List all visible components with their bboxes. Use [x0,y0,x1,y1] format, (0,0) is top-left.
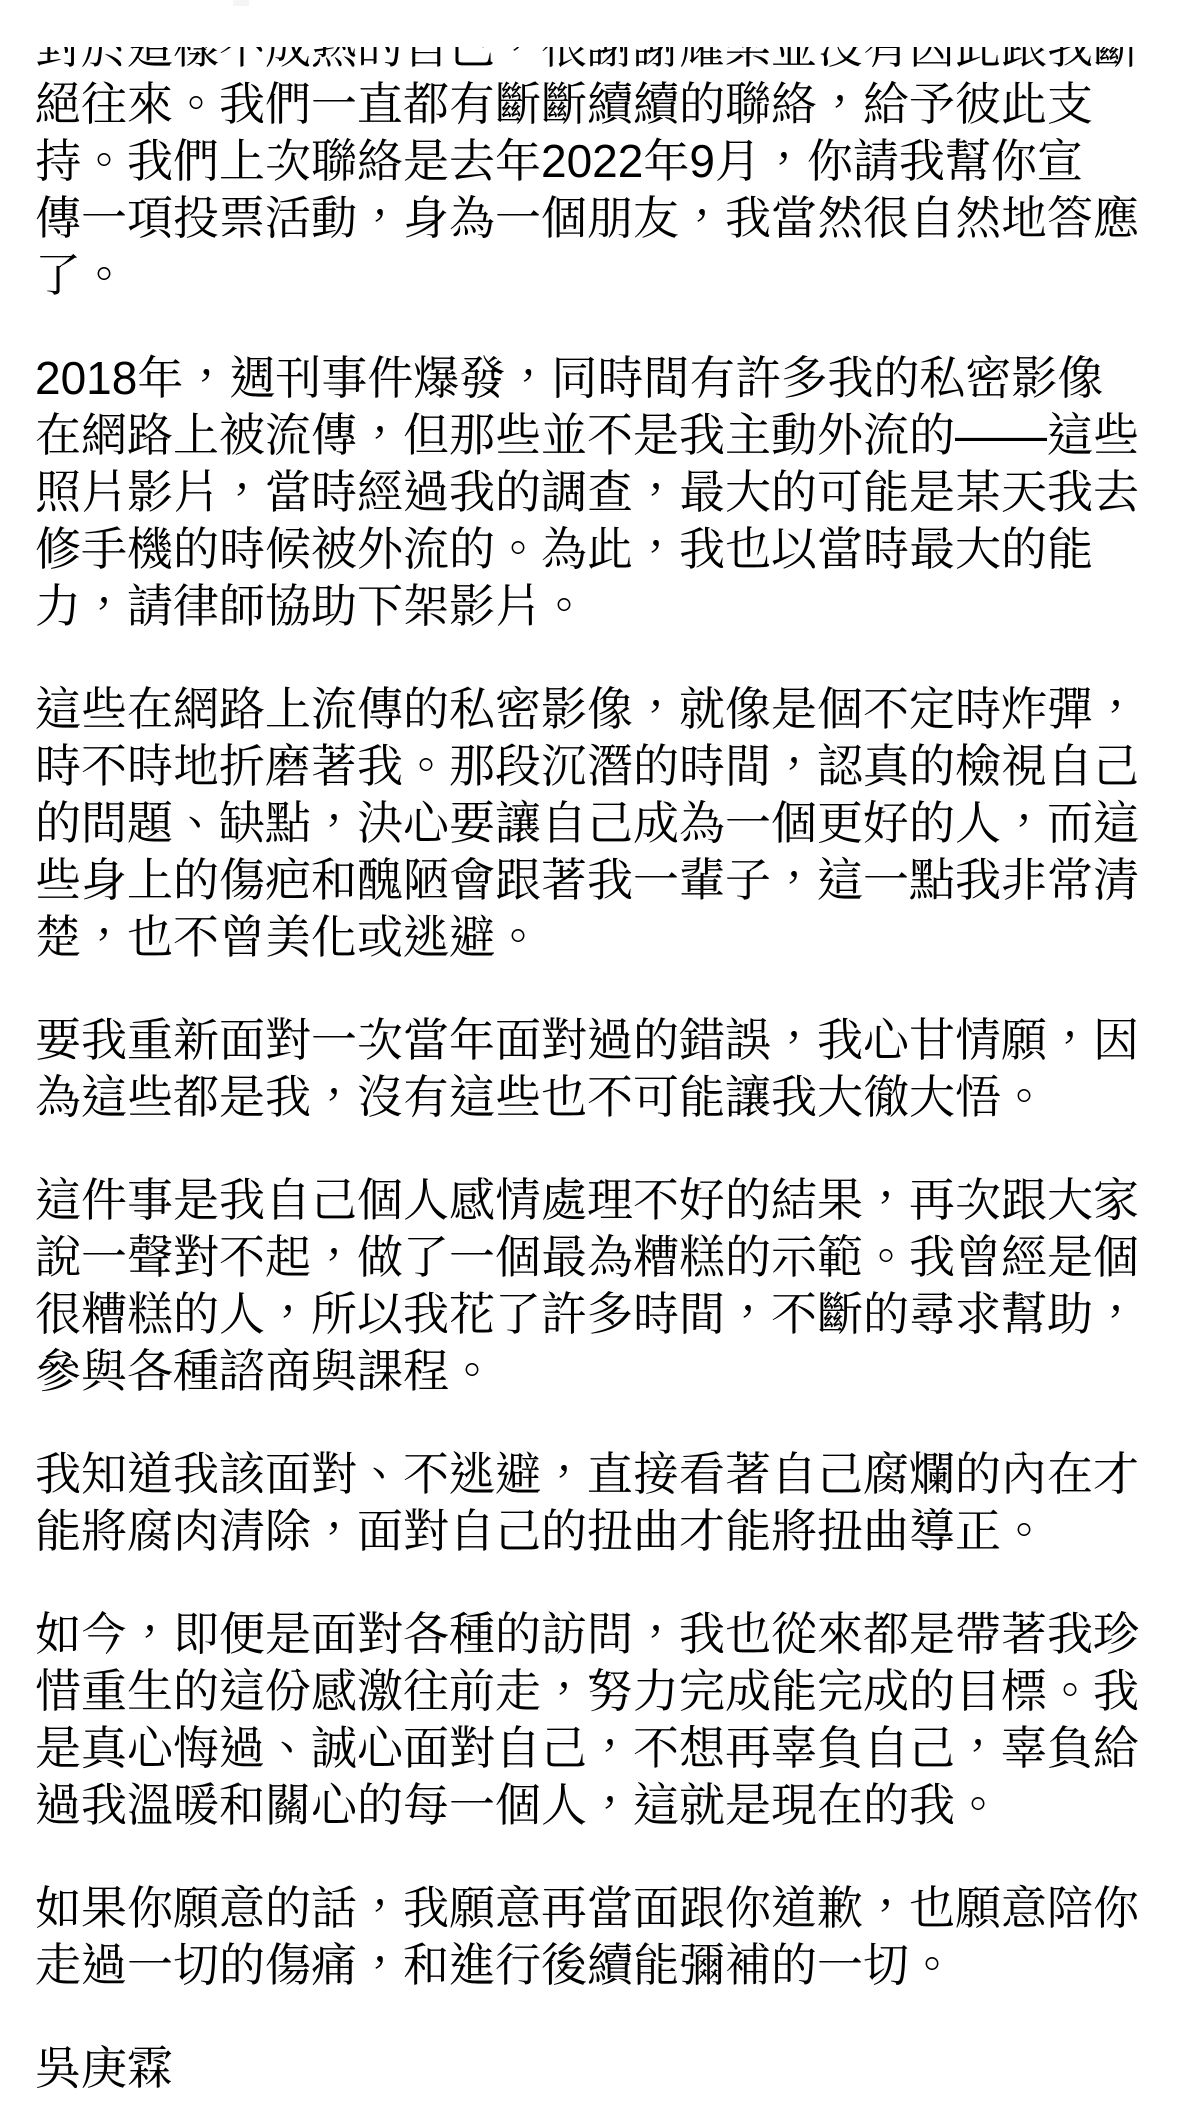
text-line: 這件事是我自己個人感情處理不好的結果，再次跟大家 [35,1172,1155,1229]
statement-body: 對於這樣不成熟的自己，很謝謝耀樂並沒有因此跟我斷絕往來。我們一直都有斷斷續續的聯… [35,19,1155,2097]
paragraph: 如今，即便是面對各種的訪問，我也從來都是帶著我珍惜重生的這份感激往前走，努力完成… [35,1606,1155,1834]
text-line: 走過一切的傷痛，和進行後續能彌補的一切。 [35,1937,1155,1994]
top-artifact [233,0,249,6]
paragraph: 對於這樣不成熟的自己，很謝謝耀樂並沒有因此跟我斷絕往來。我們一直都有斷斷續續的聯… [35,19,1155,304]
text-line: 為這些都是我，沒有這些也不可能讓我大徹大悟。 [35,1069,1155,1126]
text-line: 力，請律師協助下架影片。 [35,578,1155,635]
text-line: 如今，即便是面對各種的訪問，我也從來都是帶著我珍 [35,1606,1155,1663]
text-line: 我知道我該面對、不逃避，直接看著自己腐爛的內在才 [35,1446,1155,1503]
paragraph: 要我重新面對一次當年面對過的錯誤，我心甘情願，因為這些都是我，沒有這些也不可能讓… [35,1012,1155,1126]
paragraph: 這些在網路上流傳的私密影像，就像是個不定時炸彈，時不時地折磨著我。那段沉潛的時間… [35,681,1155,966]
text-line: 的問題、缺點，決心要讓自己成為一個更好的人，而這 [35,795,1155,852]
paragraph-list: 對於這樣不成熟的自己，很謝謝耀樂並沒有因此跟我斷絕往來。我們一直都有斷斷續續的聯… [35,19,1155,1994]
text-line: 了。 [35,247,1155,304]
text-line: 些身上的傷疤和醜陋會跟著我一輩子，這一點我非常清 [35,852,1155,909]
paragraph: 如果你願意的話，我願意再當面跟你道歉，也願意陪你走過一切的傷痛，和進行後續能彌補… [35,1880,1155,1994]
statement-document: 對於這樣不成熟的自己，很謝謝耀樂並沒有因此跟我斷絕往來。我們一直都有斷斷續續的聯… [0,0,1179,2101]
text-line: 能將腐肉清除，面對自己的扭曲才能將扭曲導正。 [35,1503,1155,1560]
top-fade-overlay [0,0,1179,47]
text-line: 如果你願意的話，我願意再當面跟你道歉，也願意陪你 [35,1880,1155,1937]
text-line: 說一聲對不起，做了一個最為糟糕的示範。我曾經是個 [35,1229,1155,1286]
text-line: 照片影片，當時經過我的調查，最大的可能是某天我去 [35,464,1155,521]
text-line: 在網路上被流傳，但那些並不是我主動外流的——這些 [35,407,1155,464]
text-line: 絕往來。我們一直都有斷斷續續的聯絡，給予彼此支 [35,76,1155,133]
text-line: 惜重生的這份感激往前走，努力完成能完成的目標。我 [35,1663,1155,1720]
paragraph: 這件事是我自己個人感情處理不好的結果，再次跟大家說一聲對不起，做了一個最為糟糕的… [35,1172,1155,1400]
text-line: 傳一項投票活動，身為一個朋友，我當然很自然地答應 [35,190,1155,247]
text-line: 修手機的時候被外流的。為此，我也以當時最大的能 [35,521,1155,578]
text-line: 過我溫暖和關心的每一個人，這就是現在的我。 [35,1777,1155,1834]
text-line: 2018年，週刊事件爆發，同時間有許多我的私密影像 [35,350,1155,407]
text-line: 參與各種諮商與課程。 [35,1343,1155,1400]
text-line: 楚，也不曾美化或逃避。 [35,909,1155,966]
text-line: 是真心悔過、誠心面對自己，不想再辜負自己，辜負給 [35,1720,1155,1777]
text-line: 持。我們上次聯絡是去年2022年9月，你請我幫你宣 [35,133,1155,190]
paragraph: 我知道我該面對、不逃避，直接看著自己腐爛的內在才能將腐肉清除，面對自己的扭曲才能… [35,1446,1155,1560]
paragraph: 2018年，週刊事件爆發，同時間有許多我的私密影像在網路上被流傳，但那些並不是我… [35,350,1155,635]
text-line: 要我重新面對一次當年面對過的錯誤，我心甘情願，因 [35,1012,1155,1069]
text-line: 這些在網路上流傳的私密影像，就像是個不定時炸彈， [35,681,1155,738]
text-line: 很糟糕的人，所以我花了許多時間，不斷的尋求幫助， [35,1286,1155,1343]
signature: 吳庚霖 [35,2040,1155,2097]
text-line: 時不時地折磨著我。那段沉潛的時間，認真的檢視自己 [35,738,1155,795]
